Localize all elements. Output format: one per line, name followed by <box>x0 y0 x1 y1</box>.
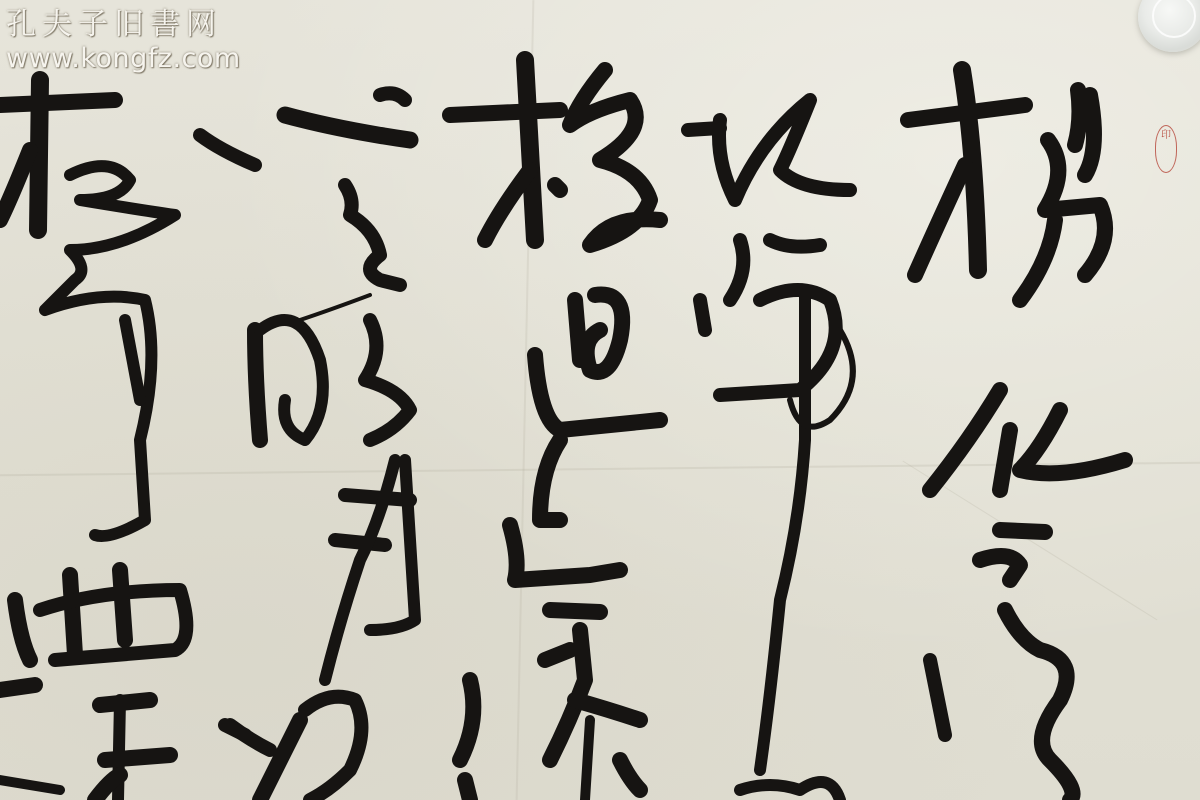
column-2 <box>688 100 853 800</box>
column-1 <box>908 70 1125 800</box>
seal-text: 印 <box>1161 130 1171 141</box>
column-5 <box>0 80 245 800</box>
calligraphy-artwork <box>0 0 1200 800</box>
watermark-url: www.kongfz.com <box>6 44 241 74</box>
watermark-site-name: 孔夫子旧書网 <box>6 6 241 44</box>
column-4 <box>200 93 415 800</box>
red-seal-stamp: 印 <box>1155 125 1177 173</box>
watermark: 孔夫子旧書网 www.kongfz.com <box>6 6 241 74</box>
column-3 <box>450 60 660 800</box>
